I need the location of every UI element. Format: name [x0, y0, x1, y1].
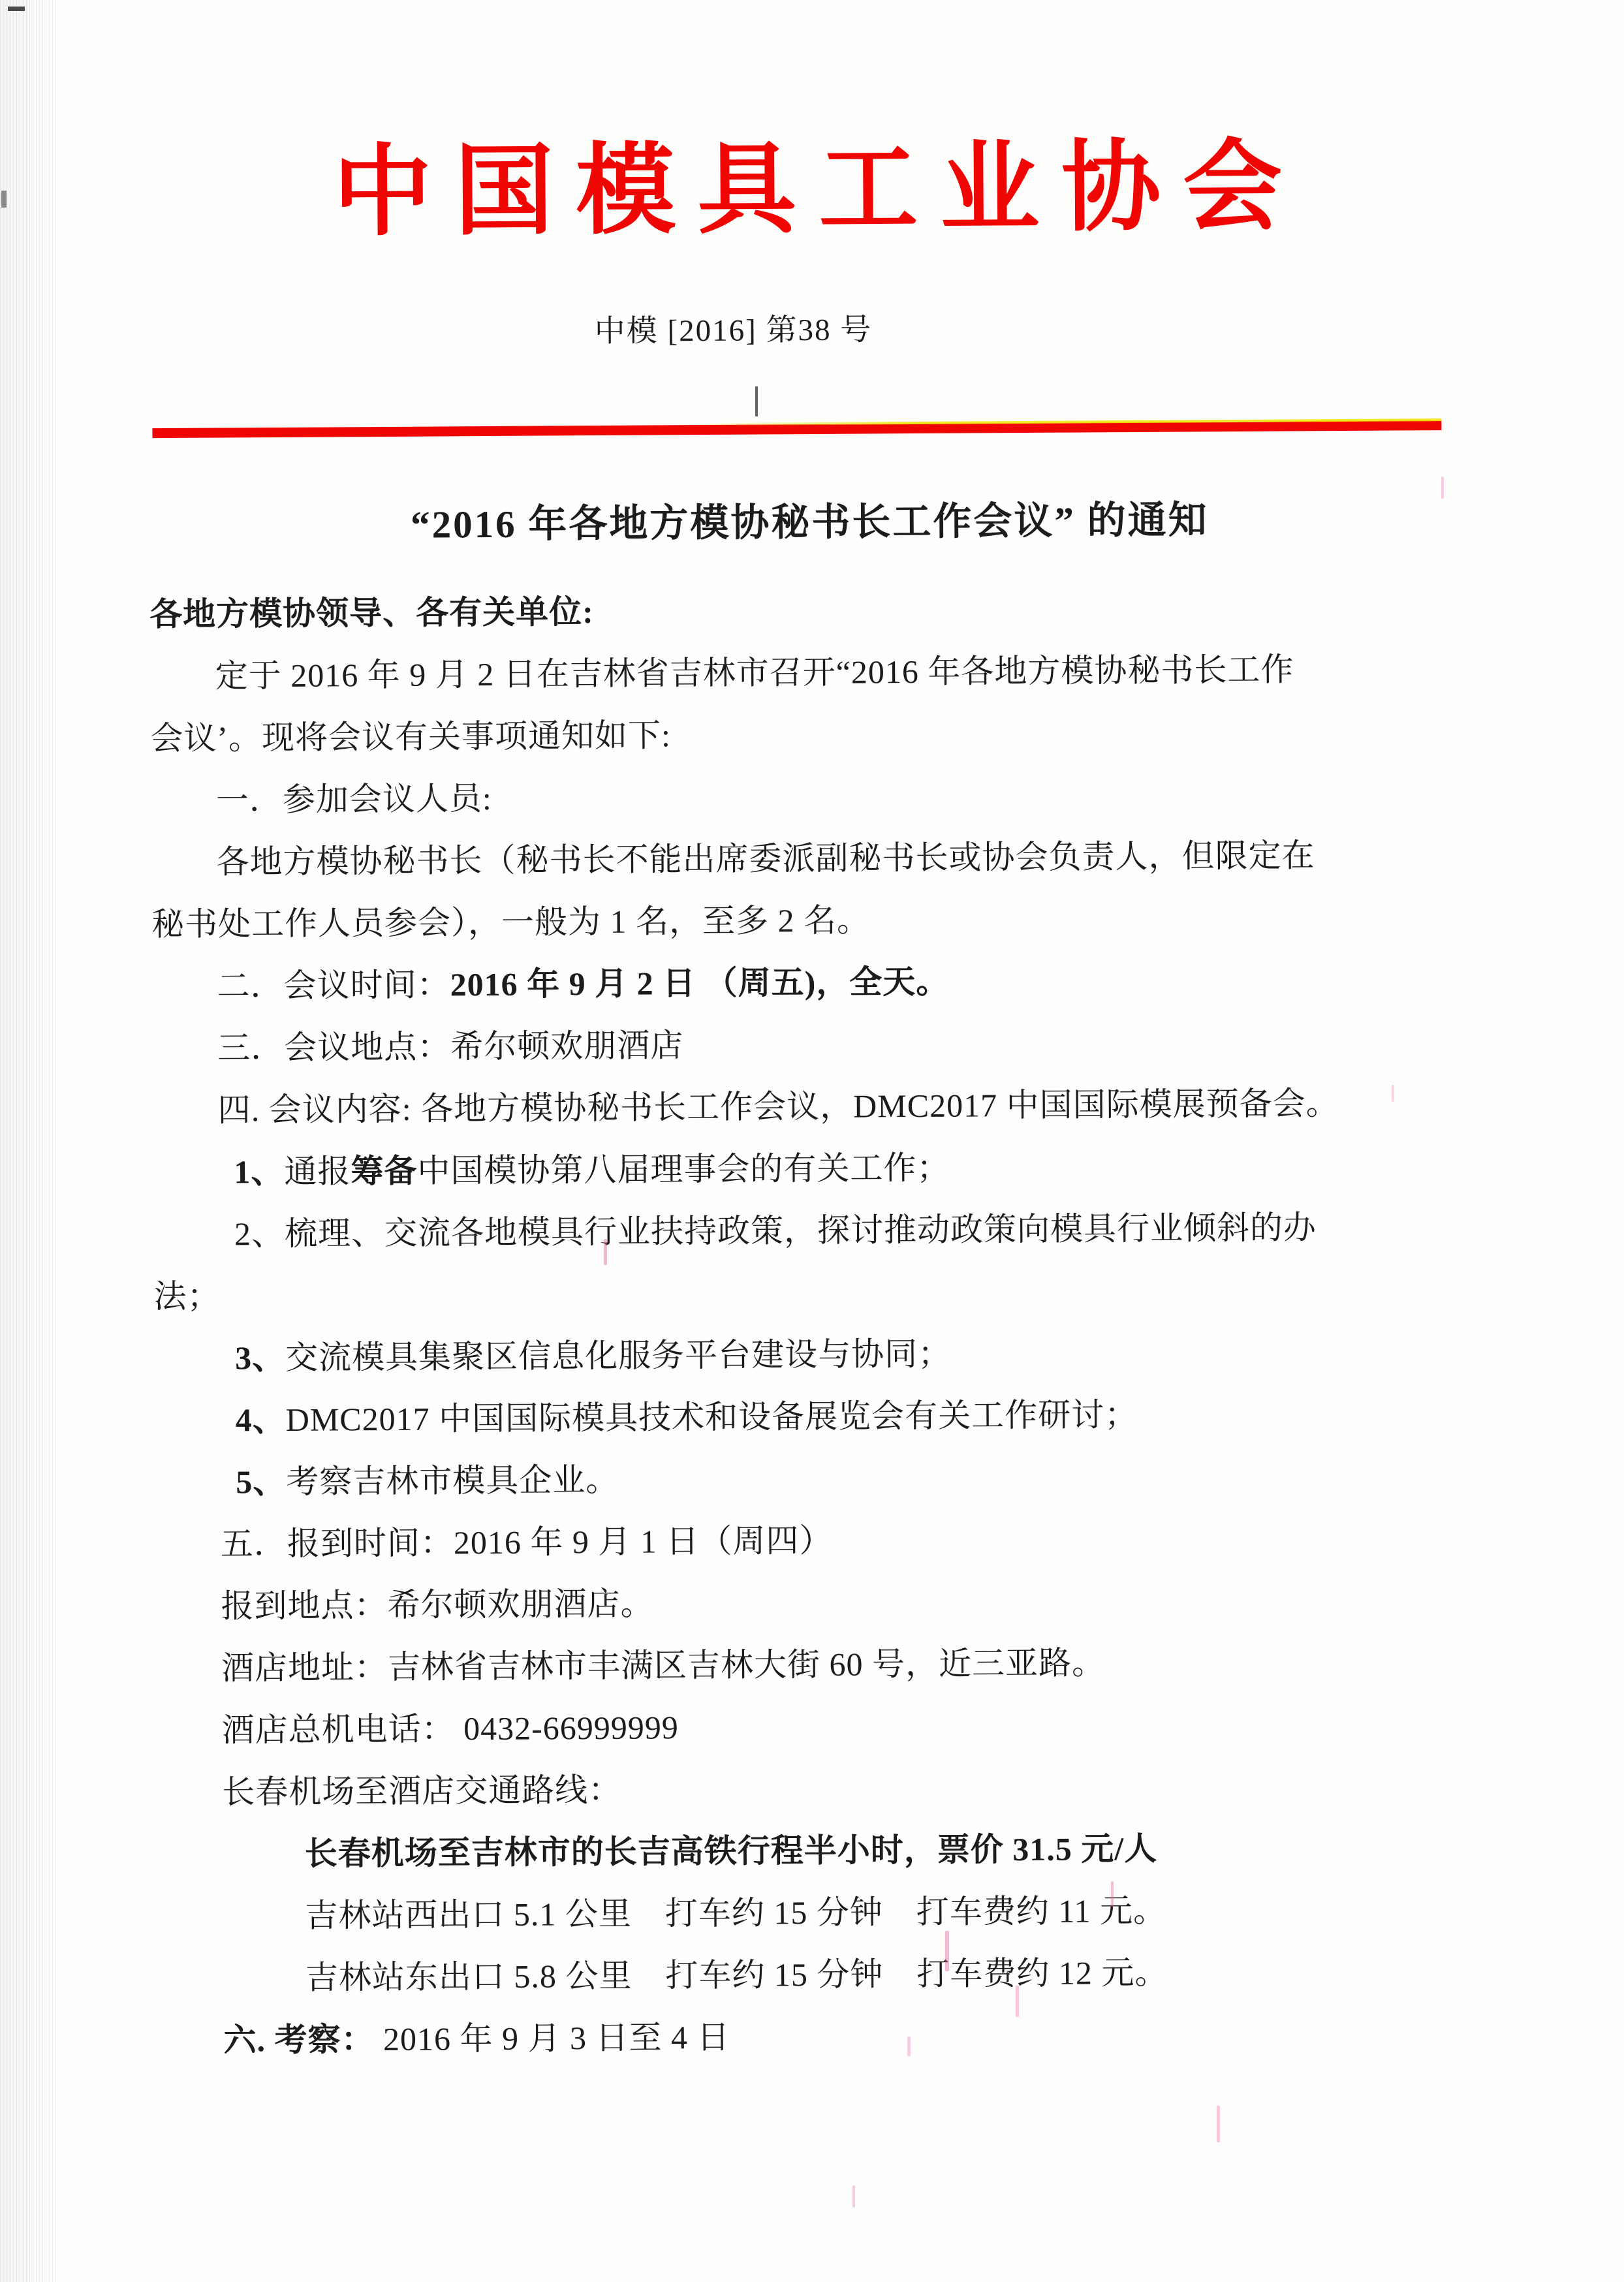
notice-title: “2016 年各地方模协秘书长工作会议” 的通知: [0, 486, 1622, 551]
document-content: 中国模具工业协会 中模 [2016] 第38 号 “2016 年各地方模协秘书长…: [0, 0, 1624, 2282]
text-line: 法；: [153, 1270, 1489, 1315]
scanned-notice-page: 中国模具工业协会 中模 [2016] 第38 号 “2016 年各地方模协秘书长…: [0, 0, 1624, 2282]
text-line: 二．会议时间：2016 年 9 月 2 日 （周五)，全天。: [151, 960, 1487, 1005]
scan-color-fringe: [694, 418, 1442, 426]
document-number: 中模 [2016] 第38 号: [0, 301, 1546, 354]
text-line: 四. 会议内容: 各地方模协秘书长工作会议，DMC2017 中国国际模展预备会。: [153, 1084, 1488, 1129]
text-line: 5、考察吉林市模具企业。: [155, 1456, 1490, 1501]
text-line: 3、交流模具集聚区信息化服务平台建设与协同；: [154, 1332, 1490, 1377]
text-line: 定于 2016 年 9 月 2 日在吉林省吉林市召开“2016 年各地方模协秘书…: [150, 649, 1486, 695]
text-line: 三．会议地点：希尔顿欢朋酒店: [152, 1022, 1488, 1067]
text-line: 会议’。现将会议有关事项通知如下:: [150, 711, 1486, 757]
text-line: 1、通报筹备中国模协第八届理事会的有关工作；: [153, 1146, 1488, 1191]
text-line: 一．参加会议人员:: [151, 774, 1486, 819]
text-line: 六. 考察： 2016 年 9 月 3 日至 4 日: [158, 2014, 1493, 2059]
text-line: 报到地点：希尔顿欢朋酒店。: [155, 1580, 1491, 1625]
text-line: 各地方模协秘书长（秘书长不能出席委派副秘书长或协会负责人，但限定在: [151, 836, 1486, 881]
text-line: 长春机场至吉林市的长吉高铁行程半小时，票价 31.5 元/人: [157, 1828, 1493, 1873]
text-line: 2、梳理、交流各地模具行业扶持政策，探讨推动政策向模具行业倾斜的办: [153, 1208, 1489, 1253]
text-line: 酒店地址：吉林省吉林市丰满区吉林大街 60 号，近三亚路。: [156, 1642, 1491, 1687]
red-divider-rule: [152, 420, 1441, 438]
text-line: 五．报到时间：2016 年 9 月 1 日（周四）: [155, 1518, 1491, 1563]
text-line: 酒店总机电话： 0432-66999999: [156, 1704, 1491, 1749]
text-line: 秘书处工作人员参会），一般为 1 名，至多 2 名。: [151, 898, 1487, 943]
text-line: 吉林站东出口 5.8 公里 打车约 15 分钟 打车费约 12 元。: [158, 1952, 1493, 1997]
text-line: 长春机场至酒店交通路线：: [157, 1766, 1492, 1811]
text-line: 4、DMC2017 中国国际模具技术和设备展览会有关工作研讨；: [155, 1394, 1490, 1439]
text-line: 各地方模协领导、各有关单位:: [149, 587, 1485, 633]
document-body: 各地方模协领导、各有关单位:定于 2016 年 9 月 2 日在吉林省吉林市召开…: [149, 587, 1494, 2084]
association-masthead: 中国模具工业协会: [0, 104, 1620, 257]
text-line: 吉林站西出口 5.1 公里 打车约 15 分钟 打车费约 11 元。: [157, 1890, 1493, 1935]
